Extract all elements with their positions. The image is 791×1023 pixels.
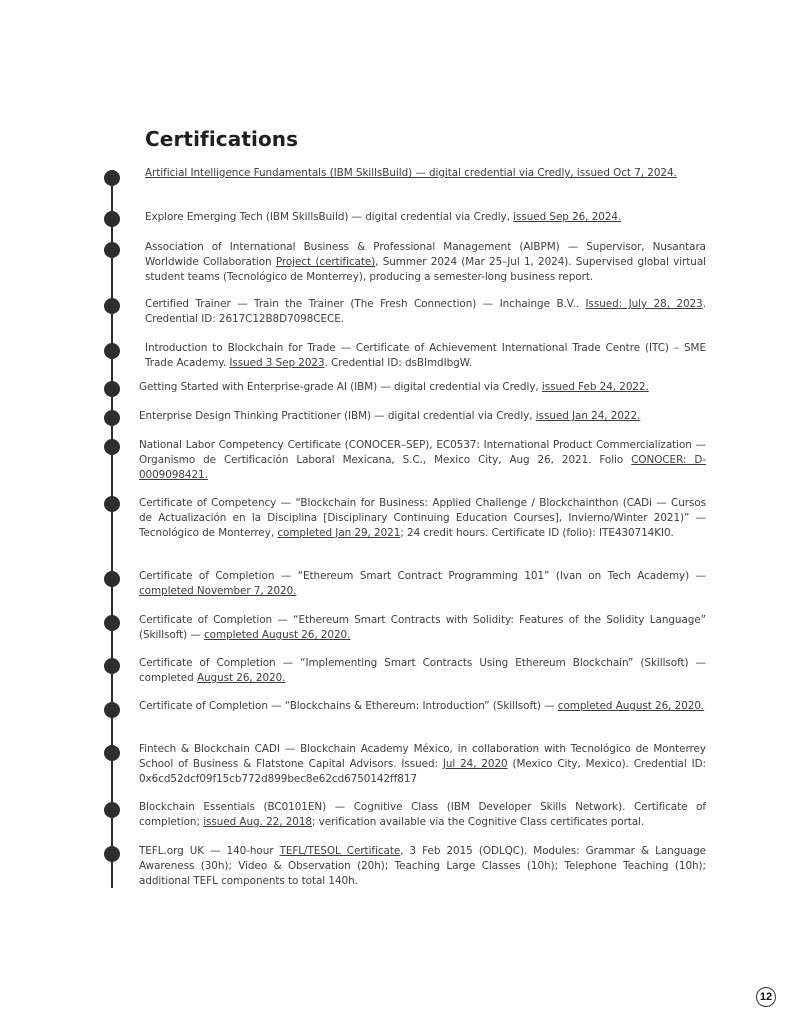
credential-link[interactable]: Issued 3 Sep 2023 (229, 357, 324, 369)
certification-entry: Getting Started with Enterprise-grade AI… (139, 380, 706, 395)
timeline-dot-icon (104, 702, 120, 718)
timeline-dot-icon (104, 802, 120, 818)
page-title: Certifications (145, 127, 298, 151)
entry-text: ; verification available via the Cogniti… (312, 816, 644, 828)
certification-entry: Certificate of Completion — “Blockchains… (139, 699, 706, 714)
timeline-line (111, 172, 113, 888)
entry-text: Getting Started with Enterprise-grade AI… (139, 381, 542, 393)
timeline-dot-icon (104, 496, 120, 512)
timeline-dot-icon (104, 170, 120, 186)
certification-entry: National Labor Competency Certificate (C… (139, 438, 706, 483)
timeline-dot-icon (104, 343, 120, 359)
credential-link[interactable]: issued Feb 24, 2022. (542, 381, 649, 393)
credential-link[interactable]: issued Jan 24, 2022. (536, 410, 641, 422)
credential-link[interactable]: TEFL/TESOL Certificate (280, 845, 401, 857)
certification-entry: Artificial Intelligence Fundamentals (IB… (145, 166, 706, 181)
certification-entry: Introduction to Blockchain for Trade — C… (145, 341, 706, 371)
timeline-dot-icon (104, 846, 120, 862)
certification-entry: Explore Emerging Tech (IBM SkillsBuild) … (145, 210, 706, 225)
entry-text: . Credential ID: dsBImdIbgW. (325, 357, 472, 369)
certification-entry: Certificate of Completion — “Ethereum Sm… (139, 569, 706, 599)
timeline-dot-icon (104, 242, 120, 258)
credential-link[interactable]: completed November 7, 2020. (139, 585, 296, 597)
timeline-dot-icon (104, 298, 120, 314)
credential-link[interactable]: completed Jan 29, 2021 (277, 527, 400, 539)
certification-entry: Certificate of Completion — “Ethereum Sm… (139, 613, 706, 643)
timeline-dot-icon (104, 439, 120, 455)
timeline-dot-icon (104, 615, 120, 631)
credential-link[interactable]: Artificial Intelligence Fundamentals (IB… (145, 167, 677, 179)
certification-entry: Enterprise Design Thinking Practitioner … (139, 409, 706, 424)
entry-text: National Labor Competency Certificate (C… (139, 439, 706, 466)
entry-text: Explore Emerging Tech (IBM SkillsBuild) … (145, 211, 513, 223)
credential-link[interactable]: August 26, 2020. (197, 672, 285, 684)
entry-text: Certified Trainer — Train the Trainer (T… (145, 298, 586, 310)
timeline-dot-icon (104, 745, 120, 761)
entry-text: Certificate of Completion — “Blockchains… (139, 700, 558, 712)
certification-entry: Certificate of Competency — “Blockchain … (139, 496, 706, 541)
certification-entry: Certificate of Completion — “Implementin… (139, 656, 706, 686)
certification-entry: Certified Trainer — Train the Trainer (T… (145, 297, 706, 327)
credential-link[interactable]: completed August 26, 2020. (204, 629, 350, 641)
entry-text: Enterprise Design Thinking Practitioner … (139, 410, 536, 422)
timeline-dot-icon (104, 381, 120, 397)
credential-link[interactable]: Issued: July 28, 2023 (586, 298, 703, 310)
certification-entry: Association of International Business & … (145, 240, 706, 285)
page-number: 12 (756, 987, 776, 1007)
credential-link[interactable]: issued Aug. 22, 2018 (203, 816, 312, 828)
certification-entry: Blockchain Essentials (BC0101EN) — Cogni… (139, 800, 706, 830)
credential-link[interactable]: completed August 26, 2020. (558, 700, 704, 712)
timeline-dot-icon (104, 571, 120, 587)
certification-entry: TEFL.org UK — 140-hour TEFL/TESOL Certif… (139, 844, 706, 889)
entry-text: TEFL.org UK — 140-hour (139, 845, 280, 857)
credential-link[interactable]: Jul 24, 2020 (443, 758, 508, 770)
timeline-dot-icon (104, 211, 120, 227)
credential-link[interactable]: Project (certificate) (276, 256, 375, 268)
certification-entry: Fintech & Blockchain CADI — Blockchain A… (139, 742, 706, 787)
entry-text: Certificate of Completion — “Ethereum Sm… (139, 570, 706, 582)
credential-link[interactable]: issued Sep 26, 2024. (513, 211, 621, 223)
timeline-dot-icon (104, 410, 120, 426)
entry-text: ; 24 credit hours. Certificate ID (folio… (400, 527, 674, 539)
timeline-dot-icon (104, 658, 120, 674)
